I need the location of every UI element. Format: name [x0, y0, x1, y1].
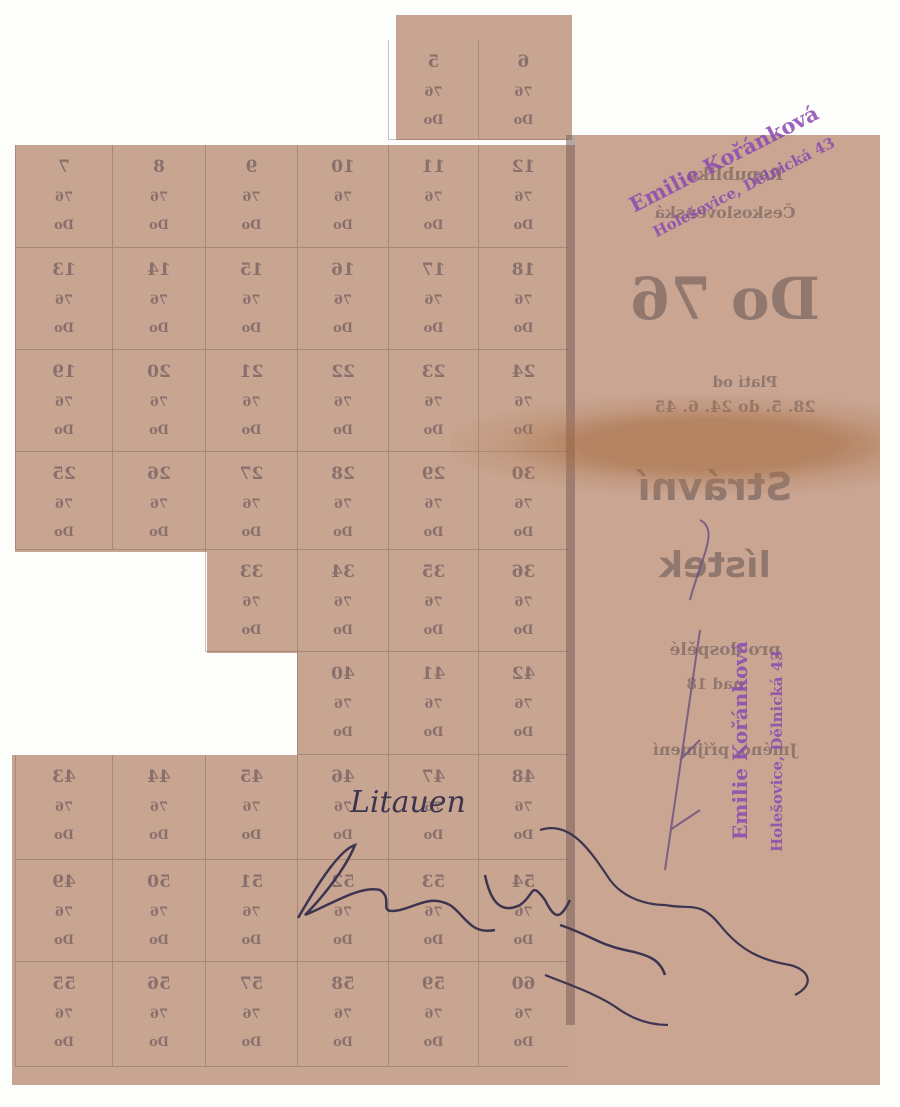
coupon-19: 1976Do — [15, 350, 112, 452]
stamp-address-lower: Holešovice, Dělnická 43 — [768, 650, 786, 852]
coupon-num: 28 — [298, 464, 388, 484]
coupon-val: 76 — [298, 190, 388, 205]
coupon-unit: Do — [113, 828, 205, 843]
coupon-unit: Do — [16, 423, 112, 438]
coupon-6: 676Do — [478, 40, 568, 140]
coupon-unit: Do — [298, 525, 388, 540]
coupon-60: 6076Do — [478, 962, 568, 1067]
coupon-unit: Do — [389, 725, 478, 740]
handwritten-nationality: Litauen — [350, 785, 466, 820]
coupon-50: 5076Do — [112, 860, 205, 962]
coupon-unit: Do — [16, 828, 112, 843]
line-pro: pro dospělé — [605, 640, 845, 660]
coupon-unit: Do — [113, 321, 205, 336]
coupon-num: 57 — [206, 974, 297, 994]
coupon-val: 76 — [206, 395, 297, 410]
coupon-num: 24 — [479, 362, 568, 382]
coupon-num: 41 — [389, 664, 478, 684]
coupon-5: 576Do — [388, 40, 478, 140]
coupon-unit: Do — [479, 113, 568, 128]
coupon-unit: Do — [479, 1035, 568, 1050]
coupon-unit: Do — [113, 525, 205, 540]
coupon-val: 76 — [479, 697, 568, 712]
coupon-num: 40 — [298, 664, 388, 684]
coupon-unit: Do — [298, 321, 388, 336]
coupon-num: 50 — [113, 872, 205, 892]
coupon-9: 976Do — [205, 145, 297, 248]
coupon-20: 2076Do — [112, 350, 205, 452]
coupon-num: 15 — [206, 260, 297, 280]
coupon-num: 43 — [16, 767, 112, 787]
coupon-unit: Do — [389, 525, 478, 540]
coupon-26: 2676Do — [112, 452, 205, 550]
coupon-num: 52 — [298, 872, 388, 892]
coupon-unit: Do — [298, 828, 388, 843]
coupon-49: 4976Do — [15, 860, 112, 962]
coupon-num: 46 — [298, 767, 388, 787]
coupon-val: 76 — [206, 905, 297, 920]
coupon-unit: Do — [206, 828, 297, 843]
line-owner: Jméno, příjmení — [575, 740, 875, 759]
coupon-unit: Do — [206, 1035, 297, 1050]
coupon-53: 5376Do — [388, 860, 478, 962]
coupon-unit: Do — [479, 828, 568, 843]
coupon-25: 2576Do — [15, 452, 112, 550]
coupon-unit: Do — [16, 525, 112, 540]
coupon-unit: Do — [206, 218, 297, 233]
coupon-unit: Do — [206, 423, 297, 438]
coupon-59: 5976Do — [388, 962, 478, 1067]
coupon-36: 3676Do — [478, 550, 568, 652]
coupon-val: 76 — [16, 497, 112, 512]
coupon-num: 55 — [16, 974, 112, 994]
coupon-num: 59 — [389, 974, 478, 994]
coupon-num: 49 — [16, 872, 112, 892]
coupon-num: 6 — [479, 52, 568, 72]
coupon-51: 5176Do — [205, 860, 297, 962]
coupon-unit: Do — [479, 321, 568, 336]
coupon-unit: Do — [113, 1035, 205, 1050]
coupon-unit: Do — [113, 933, 205, 948]
coupon-42: 4276Do — [478, 652, 568, 755]
coupon-unit: Do — [16, 933, 112, 948]
coupon-val: 76 — [389, 905, 478, 920]
coupon-num: 18 — [479, 260, 568, 280]
coupon-13: 1376Do — [15, 248, 112, 350]
coupon-val: 76 — [298, 697, 388, 712]
coupon-num: 7 — [16, 157, 112, 177]
coupon-unit: Do — [389, 623, 478, 638]
coupon-val: 76 — [479, 1007, 568, 1022]
coupon-unit: Do — [113, 423, 205, 438]
coupon-val: 76 — [16, 395, 112, 410]
coupon-21: 2176Do — [205, 350, 297, 452]
coupon-unit: Do — [479, 525, 568, 540]
coupon-val: 76 — [206, 293, 297, 308]
perforation-spine — [566, 135, 575, 1025]
coupon-val: 76 — [389, 190, 478, 205]
coupon-num: 36 — [479, 562, 568, 582]
coupon-val: 76 — [16, 190, 112, 205]
coupon-val: 76 — [298, 905, 388, 920]
coupon-unit: Do — [389, 1035, 478, 1050]
coupon-56: 5676Do — [112, 962, 205, 1067]
coupon-57: 5776Do — [205, 962, 297, 1067]
coupon-unit: Do — [298, 725, 388, 740]
coupon-28: 2876Do — [297, 452, 388, 550]
coupon-val: 76 — [479, 190, 568, 205]
coupon-7: 776Do — [15, 145, 112, 248]
coupon-unit: Do — [206, 525, 297, 540]
coupon-23: 2376Do — [388, 350, 478, 452]
coupon-unit: Do — [389, 321, 478, 336]
category: Strávní — [595, 465, 835, 509]
coupon-val: 76 — [479, 905, 568, 920]
coupon-8: 876Do — [112, 145, 205, 248]
coupon-27: 2776Do — [205, 452, 297, 550]
coupon-18: 1876Do — [478, 248, 568, 350]
coupon-val: 76 — [113, 497, 205, 512]
coupon-11: 1176Do — [388, 145, 478, 248]
coupon-num: 30 — [479, 464, 568, 484]
coupon-30: 3076Do — [478, 452, 568, 550]
coupon-num: 21 — [206, 362, 297, 382]
coupon-val: 76 — [389, 395, 478, 410]
coupon-unit: Do — [206, 933, 297, 948]
coupon-val: 76 — [113, 905, 205, 920]
coupon-val: 76 — [206, 800, 297, 815]
coupon-val: 76 — [206, 497, 297, 512]
coupon-num: 51 — [206, 872, 297, 892]
header-panel: Republika Československá Do 76 Platí od … — [575, 135, 880, 1085]
coupon-num: 45 — [206, 767, 297, 787]
coupon-44: 4476Do — [112, 755, 205, 860]
coupon-unit: Do — [479, 725, 568, 740]
coupon-43: 4376Do — [15, 755, 112, 860]
coupon-val: 76 — [479, 85, 568, 100]
coupon-unit: Do — [113, 218, 205, 233]
valid-range: 28. 5. do 24. 6. 45 — [615, 397, 855, 416]
coupon-41: 4176Do — [388, 652, 478, 755]
coupon-unit: Do — [389, 423, 478, 438]
coupon-unit: Do — [298, 623, 388, 638]
coupon-num: 8 — [113, 157, 205, 177]
coupon-num: 44 — [113, 767, 205, 787]
coupon-val: 76 — [298, 595, 388, 610]
coupon-num: 35 — [389, 562, 478, 582]
coupon-num: 10 — [298, 157, 388, 177]
coupon-52: 5276Do — [297, 860, 388, 962]
coupon-unit: Do — [389, 933, 478, 948]
coupon-33: 3376Do — [205, 550, 297, 652]
coupon-num: 47 — [389, 767, 478, 787]
coupon-val: 76 — [479, 395, 568, 410]
coupon-40: 4076Do — [297, 652, 388, 755]
coupon-val: 76 — [298, 293, 388, 308]
coupon-val: 76 — [298, 395, 388, 410]
coupon-val: 76 — [479, 497, 568, 512]
coupon-num: 22 — [298, 362, 388, 382]
coupon-10: 1076Do — [297, 145, 388, 248]
coupon-num: 26 — [113, 464, 205, 484]
coupon-unit: Do — [479, 933, 568, 948]
coupon-val: 76 — [113, 800, 205, 815]
coupon-unit: Do — [298, 1035, 388, 1050]
stamp-name-lower: Emilie Kořánková — [728, 641, 752, 840]
coupon-num: 29 — [389, 464, 478, 484]
coupon-unit: Do — [389, 218, 478, 233]
coupon-14: 1476Do — [112, 248, 205, 350]
coupon-val: 76 — [113, 1007, 205, 1022]
header-big-code: Do 76 — [595, 265, 855, 333]
coupon-num: 16 — [298, 260, 388, 280]
coupon-num: 23 — [389, 362, 478, 382]
coupon-val: 76 — [298, 1007, 388, 1022]
category2: lístek — [615, 545, 815, 586]
coupon-num: 33 — [206, 562, 297, 582]
coupon-unit: Do — [16, 218, 112, 233]
coupon-29: 2976Do — [388, 452, 478, 550]
coupon-num: 19 — [16, 362, 112, 382]
coupon-val: 76 — [389, 85, 478, 100]
coupon-val: 76 — [206, 190, 297, 205]
coupon-num: 56 — [113, 974, 205, 994]
coupon-val: 76 — [16, 1007, 112, 1022]
coupon-22: 2276Do — [297, 350, 388, 452]
coupon-48: 4876Do — [478, 755, 568, 860]
coupon-val: 76 — [389, 293, 478, 308]
coupon-35: 3576Do — [388, 550, 478, 652]
coupon-55: 5576Do — [15, 962, 112, 1067]
coupon-45: 4576Do — [205, 755, 297, 860]
coupon-num: 11 — [389, 157, 478, 177]
coupon-unit: Do — [206, 321, 297, 336]
coupon-val: 76 — [479, 595, 568, 610]
coupon-unit: Do — [389, 828, 478, 843]
coupon-val: 76 — [479, 293, 568, 308]
coupon-val: 76 — [389, 1007, 478, 1022]
coupon-val: 76 — [113, 293, 205, 308]
coupon-24: 2476Do — [478, 350, 568, 452]
coupon-val: 76 — [298, 497, 388, 512]
coupon-unit: Do — [479, 423, 568, 438]
coupon-num: 5 — [389, 52, 478, 72]
coupon-unit: Do — [16, 321, 112, 336]
coupon-unit: Do — [479, 623, 568, 638]
coupon-num: 17 — [389, 260, 478, 280]
coupon-unit: Do — [298, 933, 388, 948]
coupon-num: 53 — [389, 872, 478, 892]
coupon-num: 14 — [113, 260, 205, 280]
coupon-unit: Do — [479, 218, 568, 233]
coupon-val: 76 — [206, 595, 297, 610]
coupon-54: 5476Do — [478, 860, 568, 962]
coupon-val: 76 — [113, 395, 205, 410]
coupon-num: 13 — [16, 260, 112, 280]
coupon-15: 1576Do — [205, 248, 297, 350]
coupon-num: 48 — [479, 767, 568, 787]
coupon-val: 76 — [113, 190, 205, 205]
coupon-17: 1776Do — [388, 248, 478, 350]
valid-label: Platí od — [645, 373, 845, 391]
coupon-unit: Do — [389, 113, 478, 128]
coupon-val: 76 — [206, 1007, 297, 1022]
coupon-12: 1276Do — [478, 145, 568, 248]
coupon-num: 9 — [206, 157, 297, 177]
coupon-16: 1676Do — [297, 248, 388, 350]
coupon-val: 76 — [389, 595, 478, 610]
coupon-58: 5876Do — [297, 962, 388, 1067]
coupon-unit: Do — [206, 623, 297, 638]
coupon-num: 58 — [298, 974, 388, 994]
coupon-num: 42 — [479, 664, 568, 684]
coupon-unit: Do — [16, 1035, 112, 1050]
coupon-34: 3476Do — [297, 550, 388, 652]
coupon-unit: Do — [298, 423, 388, 438]
coupon-num: 34 — [298, 562, 388, 582]
coupon-num: 60 — [479, 974, 568, 994]
coupon-num: 54 — [479, 872, 568, 892]
coupon-unit: Do — [298, 218, 388, 233]
coupon-val: 76 — [389, 697, 478, 712]
coupon-num: 20 — [113, 362, 205, 382]
coupon-val: 76 — [16, 800, 112, 815]
coupon-num: 27 — [206, 464, 297, 484]
coupon-val: 76 — [479, 800, 568, 815]
coupon-num: 25 — [16, 464, 112, 484]
coupon-val: 76 — [16, 293, 112, 308]
coupon-val: 76 — [389, 497, 478, 512]
coupon-num: 12 — [479, 157, 568, 177]
coupon-val: 76 — [16, 905, 112, 920]
